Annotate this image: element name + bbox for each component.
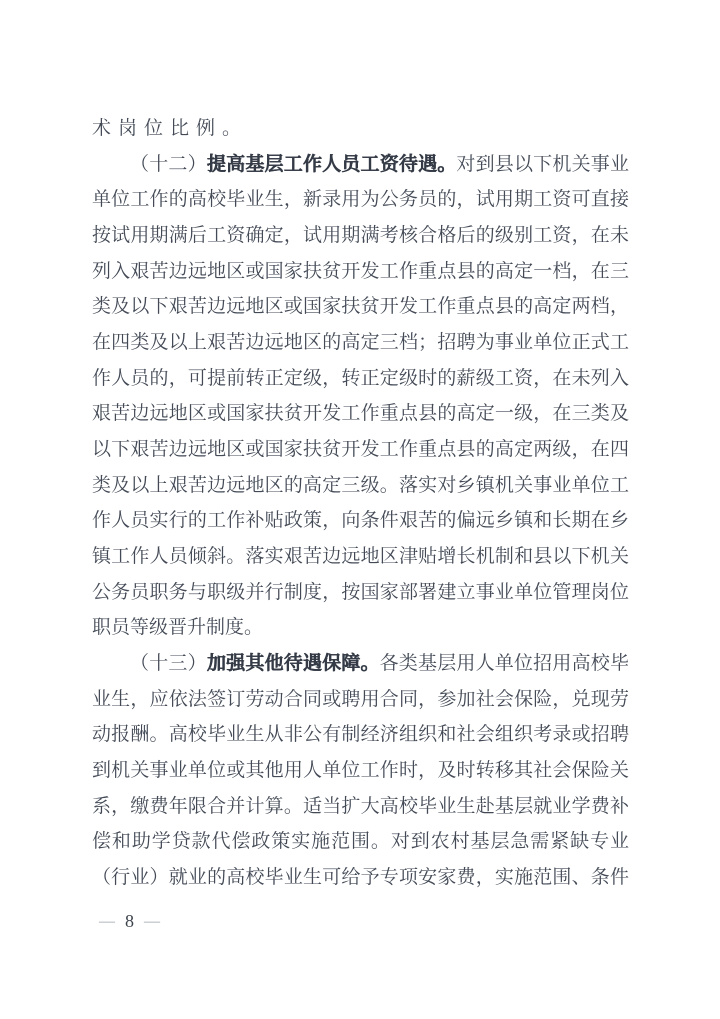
body-text: （十三） [130, 653, 207, 674]
text-line: 系，缴费年限合并计算。适当扩大高校毕业生赴基层就业学费补 [92, 789, 629, 825]
text-line: 镇工作人员倾斜。落实艰苦边远地区津贴增长机制和县以下机关 [92, 539, 629, 575]
text-line: 职员等级晋升制度。 [92, 610, 629, 646]
text-line: 业生，应依法签订劳动合同或聘用合同，参加社会保险，兑现劳 [92, 682, 629, 718]
text-line: （十二）提高基层工作人员工资待遇。对到县以下机关事业 [92, 147, 629, 183]
body-text: 列入艰苦边远地区或国家扶贫开发工作重点县的高定一档，在三 [92, 261, 629, 282]
section-heading-text: 加强其他待遇保障。 [207, 653, 380, 674]
body-text: 作人员实行的工作补贴政策，向条件艰苦的偏远乡镇和长期在乡 [92, 510, 629, 531]
footer-right-dash: — [144, 913, 160, 930]
text-line: 作人员的，可提前转正定级，转正定级时的薪级工资，在未列入 [92, 361, 629, 397]
page-footer: —8— [99, 908, 160, 934]
text-line: 艰苦边远地区或国家扶贫开发工作重点县的高定一级，在三类及 [92, 396, 629, 432]
text-line: （十三）加强其他待遇保障。各类基层用人单位招用高校毕 [92, 646, 629, 682]
document-text-block: 术岗位比例。（十二）提高基层工作人员工资待遇。对到县以下机关事业单位工作的高校毕… [92, 111, 629, 896]
page-number: 8 [125, 911, 134, 931]
text-line: 动报酬。高校毕业生从非公有制经济组织和社会组织考录或招聘 [92, 717, 629, 753]
body-text: 动报酬。高校毕业生从非公有制经济组织和社会组织考录或招聘 [92, 724, 629, 745]
body-text: 按试用期满后工资确定，试用期满考核合格后的级别工资，在未 [92, 225, 629, 246]
scanned-document-page: 术岗位比例。（十二）提高基层工作人员工资待遇。对到县以下机关事业单位工作的高校毕… [0, 0, 720, 1019]
text-line: 按试用期满后工资确定，试用期满考核合格后的级别工资，在未 [92, 218, 629, 254]
text-line: 单位工作的高校毕业生，新录用为公务员的，试用期工资可直接 [92, 182, 629, 218]
body-text: 艰苦边远地区或国家扶贫开发工作重点县的高定一级，在三类及 [92, 403, 629, 424]
body-text: （十二） [130, 154, 207, 175]
body-text: 镇工作人员倾斜。落实艰苦边远地区津贴增长机制和县以下机关 [92, 546, 629, 567]
body-text: 偿和助学贷款代偿政策实施范围。对到农村基层急需紧缺专业 [92, 831, 629, 852]
body-text: 在四类及以上艰苦边远地区的高定三档；招聘为事业单位正式工 [92, 332, 629, 353]
text-line: 类及以下艰苦边远地区或国家扶贫开发工作重点县的高定两档， [92, 289, 629, 325]
body-text: 职员等级晋升制度。 [92, 617, 263, 638]
body-text: 以下艰苦边远地区或国家扶贫开发工作重点县的高定两级，在四 [92, 439, 629, 460]
body-text: 各类基层用人单位招用高校毕 [380, 653, 629, 674]
text-line: 公务员职务与职级并行制度，按国家部署建立事业单位管理岗位 [92, 575, 629, 611]
text-line: 在四类及以上艰苦边远地区的高定三档；招聘为事业单位正式工 [92, 325, 629, 361]
text-line: 术岗位比例。 [92, 111, 629, 147]
body-text: 系，缴费年限合并计算。适当扩大高校毕业生赴基层就业学费补 [92, 796, 629, 817]
body-text: 类及以上艰苦边远地区的高定三级。落实对乡镇机关事业单位工 [92, 475, 629, 496]
body-text: 到机关事业单位或其他用人单位工作时，及时转移其社会保险关 [92, 760, 629, 781]
text-line: 类及以上艰苦边远地区的高定三级。落实对乡镇机关事业单位工 [92, 468, 629, 504]
body-text: 业生，应依法签订劳动合同或聘用合同，参加社会保险，兑现劳 [92, 689, 629, 710]
body-text: 术岗位比例。 [92, 118, 248, 139]
text-line: （行业）就业的高校毕业生可给予专项安家费，实施范围、条件 [92, 860, 629, 896]
text-line: 以下艰苦边远地区或国家扶贫开发工作重点县的高定两级，在四 [92, 432, 629, 468]
text-line: 偿和助学贷款代偿政策实施范围。对到农村基层急需紧缺专业 [92, 824, 629, 860]
body-text: 公务员职务与职级并行制度，按国家部署建立事业单位管理岗位 [92, 582, 629, 603]
body-text: 单位工作的高校毕业生，新录用为公务员的，试用期工资可直接 [92, 189, 629, 210]
section-heading-text: 提高基层工作人员工资待遇。 [207, 154, 457, 175]
body-text: （行业）就业的高校毕业生可给予专项安家费，实施范围、条件 [92, 867, 629, 888]
text-line: 到机关事业单位或其他用人单位工作时，及时转移其社会保险关 [92, 753, 629, 789]
body-text: 作人员的，可提前转正定级，转正定级时的薪级工资，在未列入 [92, 368, 629, 389]
text-line: 列入艰苦边远地区或国家扶贫开发工作重点县的高定一档，在三 [92, 254, 629, 290]
text-line: 作人员实行的工作补贴政策，向条件艰苦的偏远乡镇和长期在乡 [92, 503, 629, 539]
footer-left-dash: — [99, 913, 115, 930]
body-text: 对到县以下机关事业 [456, 154, 629, 175]
body-text: 类及以下艰苦边远地区或国家扶贫开发工作重点县的高定两档， [92, 296, 629, 317]
